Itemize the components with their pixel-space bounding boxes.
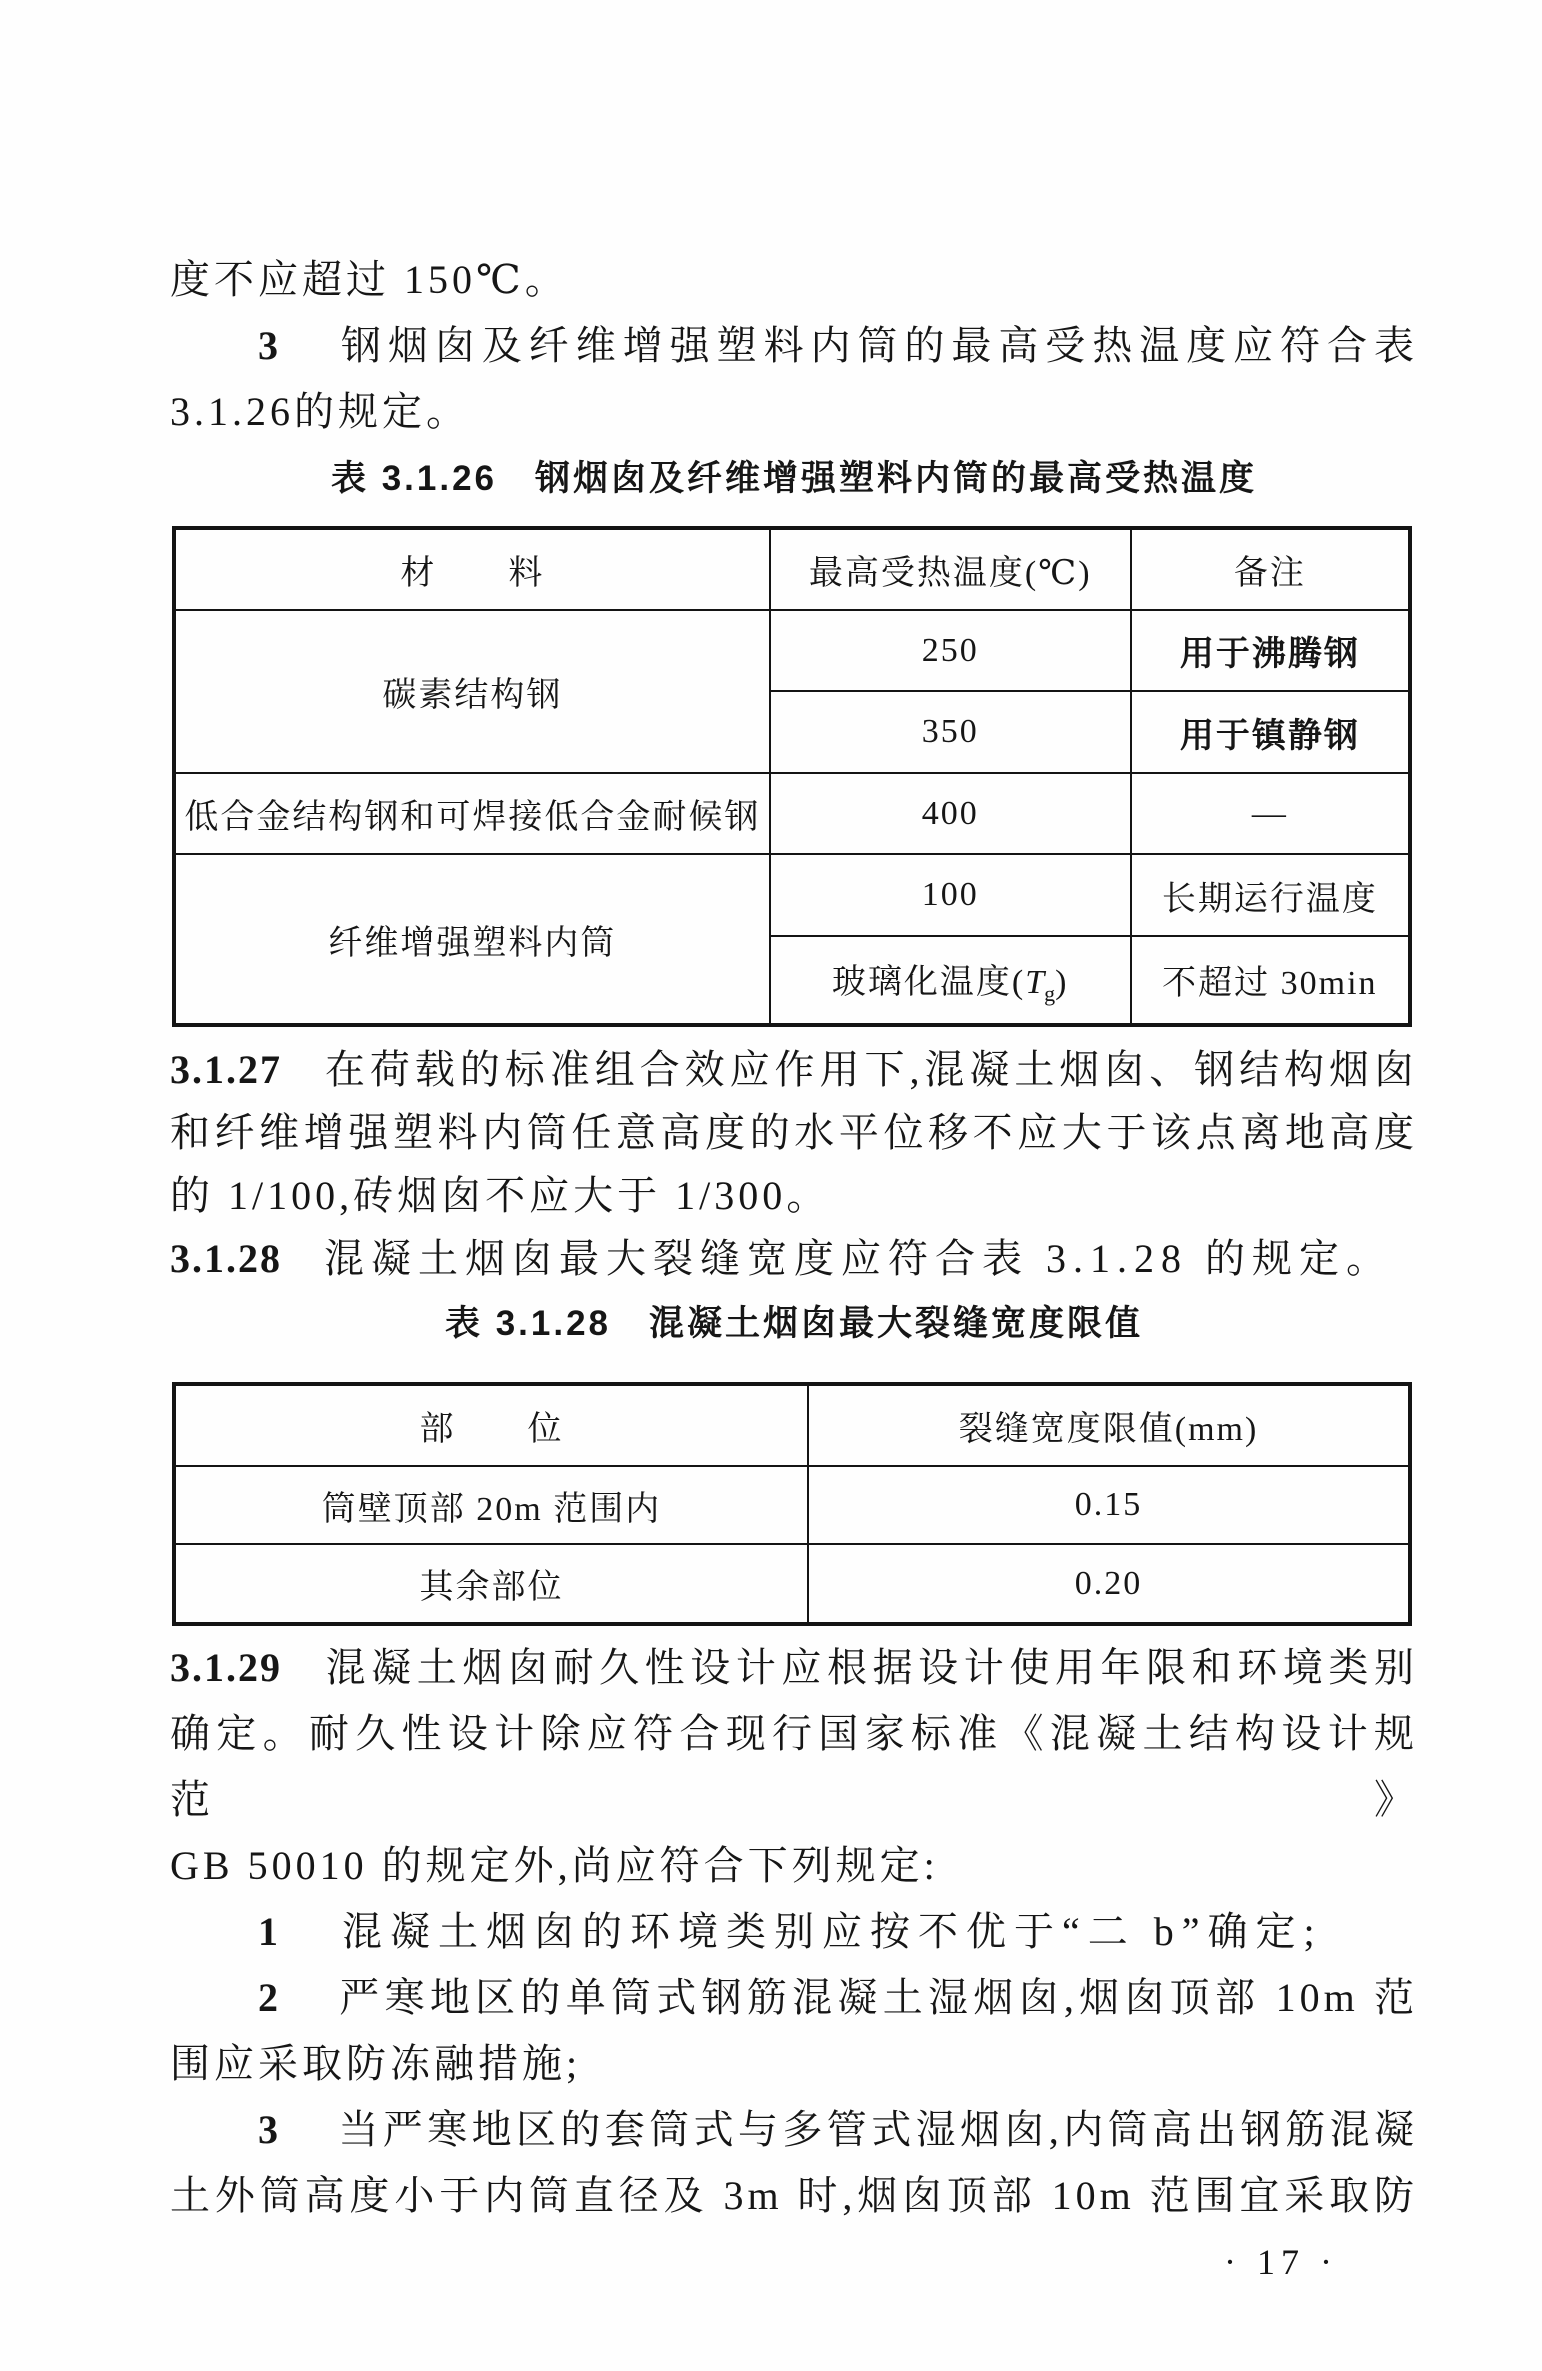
section-3-1-27-line-1: 3.1.27在荷载的标准组合效应作用下,混凝土烟囱、钢结构烟囱 xyxy=(170,1038,1418,1101)
cell-glass-transition-temp: 玻璃化温度(Tg) xyxy=(770,936,1131,1025)
header-max-temp: 最高受热温度(℃) xyxy=(770,528,1131,610)
intro-item-3-text: 钢烟囱及纤维增强塑料内筒的最高受热温度应符合表 xyxy=(338,323,1418,368)
cell-limit-015: 0.15 xyxy=(808,1466,1410,1544)
cell-note-long-term: 长期运行温度 xyxy=(1131,854,1410,935)
header-part: 部 位 xyxy=(174,1384,808,1466)
table-3-1-26: 材 料 最高受热温度(℃) 备注 碳素结构钢 250 用于沸腾钢 350 用于镇… xyxy=(172,526,1412,1027)
cell-note-30min: 不超过 30min xyxy=(1131,936,1410,1025)
section-3-1-28-number: 3.1.28 xyxy=(170,1236,282,1281)
section-3-1-29-item-2-line-2: 围应采取防冻融措施; xyxy=(170,2031,1418,2097)
item-3-text-1: 当严寒地区的套筒式与多管式湿烟囱,内筒高出钢筋混凝 xyxy=(338,2107,1418,2152)
table-3-1-28: 部 位 裂缝宽度限值(mm) 筒壁顶部 20m 范围内 0.15 其余部位 0.… xyxy=(172,1382,1412,1626)
table-3-1-26-title: 表 3.1.26 钢烟囱及纤维增强塑料内筒的最高受热温度 xyxy=(170,445,1418,513)
glass-transition-subscript: g xyxy=(1044,980,1055,1005)
intro-item-3: 3钢烟囱及纤维增强塑料内筒的最高受热温度应符合表 xyxy=(170,313,1418,379)
section-3-1-29-item-2-line-1: 2严寒地区的单筒式钢筋混凝土湿烟囱,烟囱顶部 10m 范 xyxy=(170,1965,1418,2031)
section-3-1-29-line-2: 确定。耐久性设计除应符合现行国家标准《混凝土结构设计规范》 xyxy=(170,1701,1418,1833)
section-3-1-29-item-1: 1混凝土烟囱的环境类别应按不优于“二 b”确定; xyxy=(170,1899,1418,1965)
table-3-1-28-title: 表 3.1.28 混凝土烟囱最大裂缝宽度限值 xyxy=(170,1290,1418,1358)
section-3-1-27-line-2: 和纤维增强塑料内筒任意高度的水平位移不应大于该点离地高度 xyxy=(170,1101,1418,1164)
item-2-text-1: 严寒地区的单筒式钢筋混凝土湿烟囱,烟囱顶部 10m 范 xyxy=(338,1975,1418,2020)
cell-low-alloy-steel: 低合金结构钢和可焊接低合金耐候钢 xyxy=(174,773,770,854)
header-material: 材 料 xyxy=(174,528,770,610)
header-note: 备注 xyxy=(1131,528,1410,610)
intro-continuation-line: 度不应超过 150℃。 xyxy=(170,247,1418,313)
document-page: 度不应超过 150℃。 3钢烟囱及纤维增强塑料内筒的最高受热温度应符合表 3.1… xyxy=(0,0,1542,2371)
section-3-1-29-line-3: GB 50010 的规定外,尚应符合下列规定: xyxy=(170,1833,1418,1899)
glass-transition-suffix: ) xyxy=(1055,964,1068,1001)
section-3-1-29-number: 3.1.29 xyxy=(170,1645,282,1690)
item-2-number: 2 xyxy=(258,1975,282,2020)
table-row-carbon-steel-250: 碳素结构钢 250 用于沸腾钢 xyxy=(174,610,1410,691)
intro-item-3-number: 3 xyxy=(258,323,282,368)
table-row-top-20m: 筒壁顶部 20m 范围内 0.15 xyxy=(174,1466,1410,1544)
glass-transition-prefix: 玻璃化温度( xyxy=(832,964,1025,1001)
table-row-other-parts: 其余部位 0.20 xyxy=(174,1544,1410,1624)
section-3-1-28-line: 3.1.28混凝土烟囱最大裂缝宽度应符合表 3.1.28 的规定。 xyxy=(170,1227,1418,1290)
glass-transition-variable: T xyxy=(1025,964,1044,1001)
section-3-1-27-number: 3.1.27 xyxy=(170,1047,282,1092)
section-3-1-29-item-3-line-2: 土外筒高度小于内筒直径及 3m 时,烟囱顶部 10m 范围宜采取防 xyxy=(170,2163,1418,2229)
section-3-1-29-item-3-line-1: 3当严寒地区的套筒式与多管式湿烟囱,内筒高出钢筋混凝 xyxy=(170,2097,1418,2163)
header-crack-width-limit: 裂缝宽度限值(mm) xyxy=(808,1384,1410,1466)
cell-temp-100: 100 xyxy=(770,854,1131,935)
section-3-1-28-text: 混凝土烟囱最大裂缝宽度应符合表 3.1.28 的规定。 xyxy=(324,1236,1393,1281)
cell-limit-020: 0.20 xyxy=(808,1544,1410,1624)
section-3-1-27-text-1: 在荷载的标准组合效应作用下,混凝土烟囱、钢结构烟囱 xyxy=(324,1047,1418,1092)
cell-carbon-steel: 碳素结构钢 xyxy=(174,610,770,773)
cell-temp-400: 400 xyxy=(770,773,1131,854)
section-3-1-27-line-3: 的 1/100,砖烟囱不应大于 1/300。 xyxy=(170,1164,1418,1227)
cell-part-other: 其余部位 xyxy=(174,1544,808,1624)
intro-line-3: 3.1.26的规定。 xyxy=(170,379,1418,445)
table-3-1-26-header-row: 材 料 最高受热温度(℃) 备注 xyxy=(174,528,1410,610)
cell-frp-liner: 纤维增强塑料内筒 xyxy=(174,854,770,1025)
cell-note-boiling-steel: 用于沸腾钢 xyxy=(1131,610,1410,691)
cell-temp-250: 250 xyxy=(770,610,1131,691)
table-row-frp-100: 纤维增强塑料内筒 100 长期运行温度 xyxy=(174,854,1410,935)
section-3-1-29-line-1: 3.1.29混凝土烟囱耐久性设计应根据设计使用年限和环境类别 xyxy=(170,1635,1418,1701)
table-3-1-28-header-row: 部 位 裂缝宽度限值(mm) xyxy=(174,1384,1410,1466)
section-3-1-29-text-1: 混凝土烟囱耐久性设计应根据设计使用年限和环境类别 xyxy=(324,1645,1418,1690)
cell-part-top-20m: 筒壁顶部 20m 范围内 xyxy=(174,1466,808,1544)
item-1-number: 1 xyxy=(258,1909,286,1954)
cell-note-dash: — xyxy=(1131,773,1410,854)
item-3-number: 3 xyxy=(258,2107,282,2152)
cell-temp-350: 350 xyxy=(770,691,1131,772)
page-number: · 17 · xyxy=(170,2229,1418,2295)
page-content: 度不应超过 150℃。 3钢烟囱及纤维增强塑料内筒的最高受热温度应符合表 3.1… xyxy=(170,247,1418,2295)
table-row-low-alloy: 低合金结构钢和可焊接低合金耐候钢 400 — xyxy=(174,773,1410,854)
item-1-text: 混凝土烟囱的环境类别应按不优于“二 b”确定; xyxy=(342,1909,1323,1954)
cell-note-killed-steel: 用于镇静钢 xyxy=(1131,691,1410,772)
